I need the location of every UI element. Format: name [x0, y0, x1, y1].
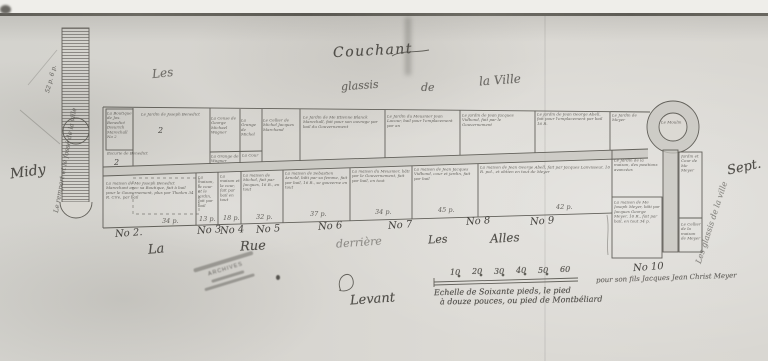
tower-label: Le Moulin	[661, 120, 686, 134]
scale-tick-50: 50	[538, 266, 548, 275]
annex-column-bottom-text: Le Cellier de la maison de Meyer	[681, 222, 701, 250]
street-word-la: La	[147, 241, 165, 257]
garden-cell-grange-michel: La Grange de Michel	[241, 118, 261, 148]
annex-block-a-text: Le Jardin de la maison, des positions av…	[614, 158, 660, 194]
glacis-word-de: de	[421, 81, 435, 94]
scale-tick-30: 30	[494, 267, 504, 276]
garden-cell-jardin-benedict: Le Jardin de Joseph Benedict	[141, 112, 201, 132]
escurie-mark: 2	[114, 158, 119, 167]
wall-band-vertical	[663, 150, 678, 252]
lot-number: No 5	[256, 223, 281, 236]
lot-number: No 8	[466, 215, 491, 228]
lot-dimension: 13 p.	[199, 215, 216, 223]
garden-cell-grange-wagner: La Grange de Wagner	[211, 154, 239, 170]
lot-number: No 2.	[115, 227, 143, 240]
jardin-benedict-mark: 2	[158, 126, 163, 135]
lot-dimension: 18 p.	[223, 214, 240, 222]
scale-tick-20: 20	[472, 267, 482, 276]
glacis-word-laville: la Ville	[479, 72, 522, 89]
lot-text: La maison de Jean George Abell, fait par…	[480, 165, 610, 210]
lot-dimension: 42 p.	[556, 203, 573, 211]
garden-cell-vidbond: Le jardin de Jean Jacques Vidbond, fait …	[462, 113, 532, 147]
lot-dimension: 32 p.	[256, 213, 273, 221]
glacis-word-glassis: glassis	[341, 78, 379, 94]
lot-number-ten: No 10	[633, 261, 664, 274]
scale-tick-60: 60	[560, 265, 570, 274]
levant-flourish	[339, 274, 353, 291]
lot-text: La maison de Me Joseph Benedict Marechan…	[106, 181, 194, 223]
street-word-les: Les	[428, 232, 448, 246]
garden-cell-meyer: Le Jardin de Meyer	[612, 113, 646, 143]
annex-column-top-text: Jardin et Cour de Me Meyer	[681, 154, 701, 214]
garden-cell-blanck: Le Jardin de Me Etienne Blanck Marechall…	[303, 115, 382, 155]
garden-cell-boutique: La Boutique de Jos. Benedict Dieurich Ma…	[107, 111, 132, 149]
lot-dimension: 34 p.	[375, 208, 392, 216]
lot-dimension: 37 p.	[310, 210, 327, 218]
lot-number: No 6	[318, 220, 343, 233]
glacis-word-les: Les	[151, 65, 174, 81]
garden-cell-abell: Le jardin de Jean George Abell, fait pou…	[537, 112, 607, 142]
compass-east-label: Levant	[350, 290, 396, 308]
street-word-alles: Alles	[490, 230, 520, 246]
scale-tick-40: 40	[516, 266, 526, 275]
lot-number: No 4	[220, 224, 245, 237]
lot-number: No 9	[530, 215, 555, 228]
lot-number: No 3	[197, 224, 222, 237]
garden-cell-cense: La Cense de George Michael Wagner	[211, 116, 239, 150]
garden-cell-cour: La Cour	[242, 153, 261, 165]
lot-dimension: 45 p.	[438, 206, 455, 214]
annex-lot-text: La maison de Me Joseph Meyer, bâti par J…	[614, 200, 660, 256]
garden-cell-cellier: Le Cellier de Michel Jacques Marchand	[263, 118, 298, 158]
lot-dimension: 34 p.	[162, 217, 179, 225]
garden-cell-meusnier: Le Jardin du Meusnier Jean Lacour, bail …	[387, 114, 457, 150]
lot-number: No 7	[388, 219, 413, 232]
rampart-demilune	[60, 202, 92, 218]
scale-tick-10: 10	[450, 268, 460, 277]
scanned-street-plan: Couchant Les glassis de la Ville Midy Se…	[0, 0, 768, 361]
